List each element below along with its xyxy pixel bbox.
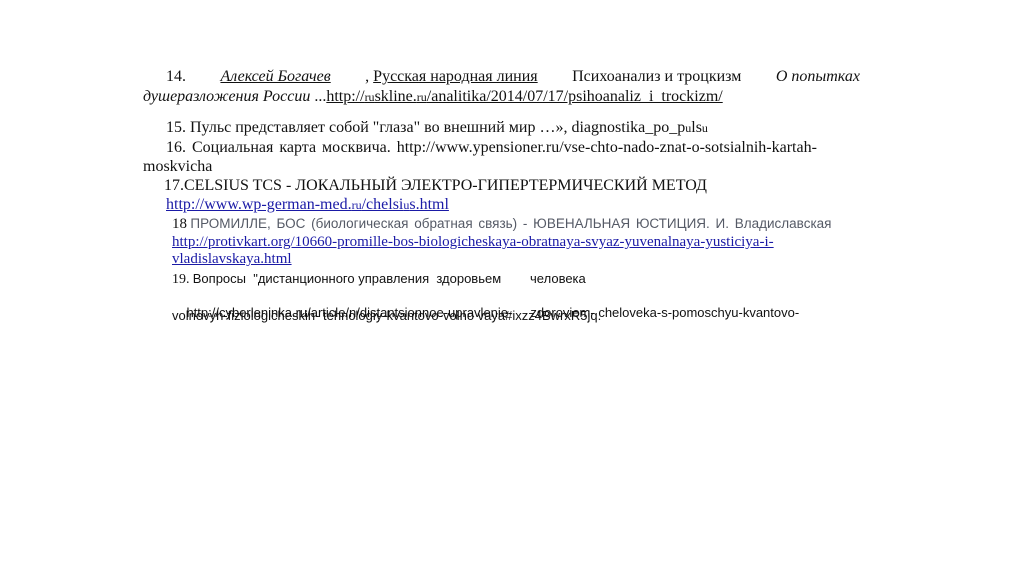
- reference-15: 15. Пульс представляет собой "глаза" во …: [166, 119, 708, 137]
- reference-14-source-wrap: , Русская народная линия: [365, 68, 538, 86]
- reference-19-line-3: volnovyh-fiziologicheskih- tehnologiy-kv…: [172, 308, 601, 323]
- reference-14-line-2: душеразложения России ...http://ruskline…: [143, 88, 723, 106]
- reference-18-number: 18: [172, 216, 187, 232]
- reference-19-text: Вопросы "дистанционного управления здоро…: [193, 271, 586, 286]
- reference-16-text: 16. Социальная карта москвича. http://ww…: [166, 139, 817, 156]
- reference-18-title-text: ПРОМИЛЛЕ, БОС (биологическая обратная св…: [190, 216, 831, 231]
- reference-19-number: 19.: [172, 272, 190, 287]
- document-page: 14. Алексей Богачев , Русская народная л…: [0, 0, 1024, 574]
- reference-19-link-cont[interactable]: volnovyh-fiziologicheskih- tehnologiy-kv…: [172, 308, 601, 323]
- reference-14-link[interactable]: http://ruskline.ru/analitika/2014/07/17/…: [326, 88, 722, 105]
- reference-14-title-italic: О попытках: [776, 68, 860, 86]
- reference-18-url-line-1: http://protivkart.org/10660-promille-bos…: [172, 234, 774, 251]
- reference-14-source[interactable]: Русская народная линия: [373, 68, 538, 85]
- reference-17-url-line: http://www.wp-german-med.ru/chelsius.htm…: [166, 196, 449, 214]
- reference-18-link-cont[interactable]: vladislavskaya.html: [172, 251, 292, 267]
- reference-14-title: Психоанализ и троцкизм: [572, 68, 741, 86]
- reference-14-line-1: 14. Алексей Богачев , Русская народная л…: [166, 68, 860, 86]
- reference-18-url-line-2: vladislavskaya.html: [172, 251, 292, 268]
- reference-16-line-1: 16. Социальная карта москвича. http://ww…: [166, 139, 860, 157]
- reference-15-text: 15. Пульс представляет собой "глаза" во …: [166, 119, 685, 136]
- reference-14-title-italic-cont: душеразложения России: [143, 88, 310, 105]
- reference-17-title: 17.CELSIUS TCS - ЛОКАЛЬНЫЙ ЭЛЕКТРО-ГИПЕР…: [164, 177, 707, 195]
- reference-16-line-2: moskvicha: [143, 158, 212, 176]
- reference-14-author[interactable]: Алексей Богачев: [220, 68, 330, 86]
- reference-14-ellipsis: ...: [310, 88, 326, 105]
- reference-18-link[interactable]: http://protivkart.org/10660-promille-bos…: [172, 234, 774, 250]
- reference-14-number: 14.: [166, 68, 186, 86]
- reference-19-line-1: 19. Вопросы "дистанционного управления з…: [172, 271, 586, 288]
- reference-16-text-cont: moskvicha: [143, 158, 212, 175]
- reference-17-link[interactable]: http://www.wp-german-med.ru/chelsius.htm…: [166, 196, 449, 213]
- reference-17-title-text: 17.CELSIUS TCS - ЛОКАЛЬНЫЙ ЭЛЕКТРО-ГИПЕР…: [164, 177, 707, 194]
- reference-18-title: 18 ПРОМИЛЛЕ, БОС (биологическая обратная…: [172, 216, 831, 233]
